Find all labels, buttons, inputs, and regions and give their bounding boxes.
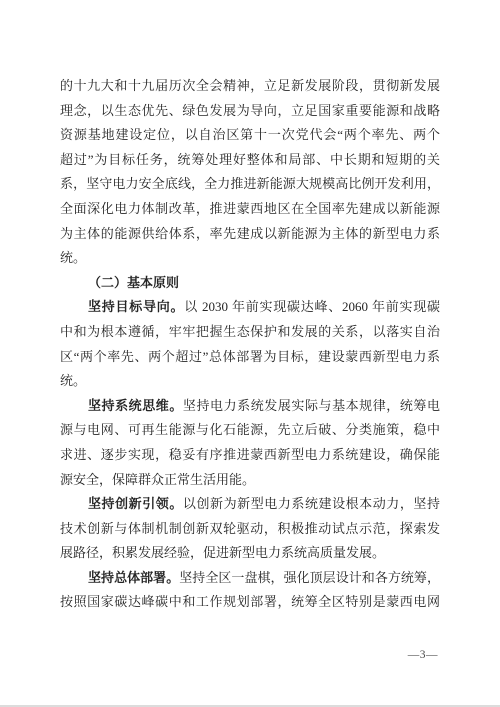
text-line: 超过”为目标任务，统筹处理好整体和局部、中长期和短期的关 <box>60 148 440 173</box>
text-line: 坚持目标导向。以 2030 年前实现碳达峰、2060 年前实现碳 <box>60 295 440 320</box>
text-segment: 区“两个率先、两个超过”总体部署为目标，建设蒙西新型电力系 <box>60 349 440 364</box>
text-segment: 以 2030 年前实现碳达峰、2060 年前实现碳 <box>184 299 440 314</box>
text-segment: 为主体的能源供给体系，率先建成以新能源为主体的新型电力系 <box>60 226 440 241</box>
page-number: —3— <box>408 648 438 662</box>
paragraph-lead-bold: 坚持总体部署。 <box>88 570 179 585</box>
text-segment: 理念，以生态优先、绿色发展为导向，立足国家重要能源和战略 <box>60 103 440 118</box>
text-line: 坚持系统思维。坚持电力系统发展实际与基本规律，统筹电 <box>60 394 440 419</box>
text-segment: 资源基地建设定位，以自治区第十一次党代会“两个率先、两个 <box>60 127 440 142</box>
text-line: 统。 <box>60 246 440 271</box>
text-segment: 按照国家碳达峰碳中和工作规划部署，统筹全区特别是蒙西电网 <box>60 594 440 609</box>
text-line: 按照国家碳达峰碳中和工作规划部署，统筹全区特别是蒙西电网 <box>60 590 440 615</box>
text-line: 统。 <box>60 369 440 394</box>
text-line: 资源基地建设定位，以自治区第十一次党代会“两个率先、两个 <box>60 123 440 148</box>
text-line: 坚持总体部署。坚持全区一盘棋，强化顶层设计和各方统筹， <box>60 566 440 591</box>
text-segment: 以创新为新型电力系统建设根本动力，坚持 <box>183 496 440 511</box>
text-line: 的十九大和十九届历次全会精神，立足新发展阶段，贯彻新发展 <box>60 74 440 99</box>
section-heading-text: （二）基本原则 <box>88 275 179 290</box>
text-segment: 中和为根本遵循，牢牢把握生态保护和发展的关系，以落实自治 <box>60 324 440 339</box>
text-line: 中和为根本遵循，牢牢把握生态保护和发展的关系，以落实自治 <box>60 320 440 345</box>
text-line: 源与电网、可再生能源与化石能源，先立后破、分类施策，稳中 <box>60 418 440 443</box>
text-line: 全面深化电力体制改革，推进蒙西地区在全国率先建成以新能源 <box>60 197 440 222</box>
text-segment: 超过”为目标任务，统筹处理好整体和局部、中长期和短期的关 <box>60 152 440 167</box>
text-line: 坚持创新引领。以创新为新型电力系统建设根本动力，坚持 <box>60 492 440 517</box>
text-segment: 源与电网、可再生能源与化石能源，先立后破、分类施策，稳中 <box>60 422 440 437</box>
text-segment: 全面深化电力体制改革，推进蒙西地区在全国率先建成以新能源 <box>60 201 440 216</box>
text-segment: 的十九大和十九届历次全会精神，立足新发展阶段，贯彻新发展 <box>60 78 440 93</box>
document-text-block: 的十九大和十九届历次全会精神，立足新发展阶段，贯彻新发展理念，以生态优先、绿色发… <box>60 74 440 615</box>
text-segment: 系，坚守电力安全底线，全力推进新能源大规模高比例开发利用， <box>60 176 440 191</box>
text-segment: 坚持全区一盘棋，强化顶层设计和各方统筹， <box>179 570 440 585</box>
text-line: 源安全，保障群众正常生活用能。 <box>60 468 440 493</box>
paragraph-lead-bold: 坚持创新引领。 <box>88 496 183 511</box>
section-heading: （二）基本原则 <box>60 271 440 296</box>
paragraph-lead-bold: 坚持系统思维。 <box>88 398 183 413</box>
text-segment: 展路径，积累发展经验，促进新型电力系统高质量发展。 <box>60 545 385 560</box>
text-segment: 统。 <box>60 250 86 265</box>
text-line: 技术创新与体制机制创新双轮驱动，积极推动试点示范，探索发 <box>60 517 440 542</box>
text-line: 理念，以生态优先、绿色发展为导向，立足国家重要能源和战略 <box>60 99 440 124</box>
text-line: 区“两个率先、两个超过”总体部署为目标，建设蒙西新型电力系 <box>60 345 440 370</box>
document-page: 的十九大和十九届历次全会精神，立足新发展阶段，贯彻新发展理念，以生态优先、绿色发… <box>0 0 500 707</box>
text-segment: 技术创新与体制机制创新双轮驱动，积极推动试点示范，探索发 <box>60 521 440 536</box>
text-segment: 源安全，保障群众正常生活用能。 <box>60 472 255 487</box>
text-line: 求进、逐步实现，稳妥有序推进蒙西新型电力系统建设，确保能 <box>60 443 440 468</box>
text-segment: 求进、逐步实现，稳妥有序推进蒙西新型电力系统建设，确保能 <box>60 447 440 462</box>
text-line: 为主体的能源供给体系，率先建成以新能源为主体的新型电力系 <box>60 222 440 247</box>
text-line: 展路径，积累发展经验，促进新型电力系统高质量发展。 <box>60 541 440 566</box>
text-segment: 统。 <box>60 373 86 388</box>
paragraph-lead-bold: 坚持目标导向。 <box>88 299 184 314</box>
text-segment: 坚持电力系统发展实际与基本规律，统筹电 <box>183 398 440 413</box>
text-line: 系，坚守电力安全底线，全力推进新能源大规模高比例开发利用， <box>60 172 440 197</box>
